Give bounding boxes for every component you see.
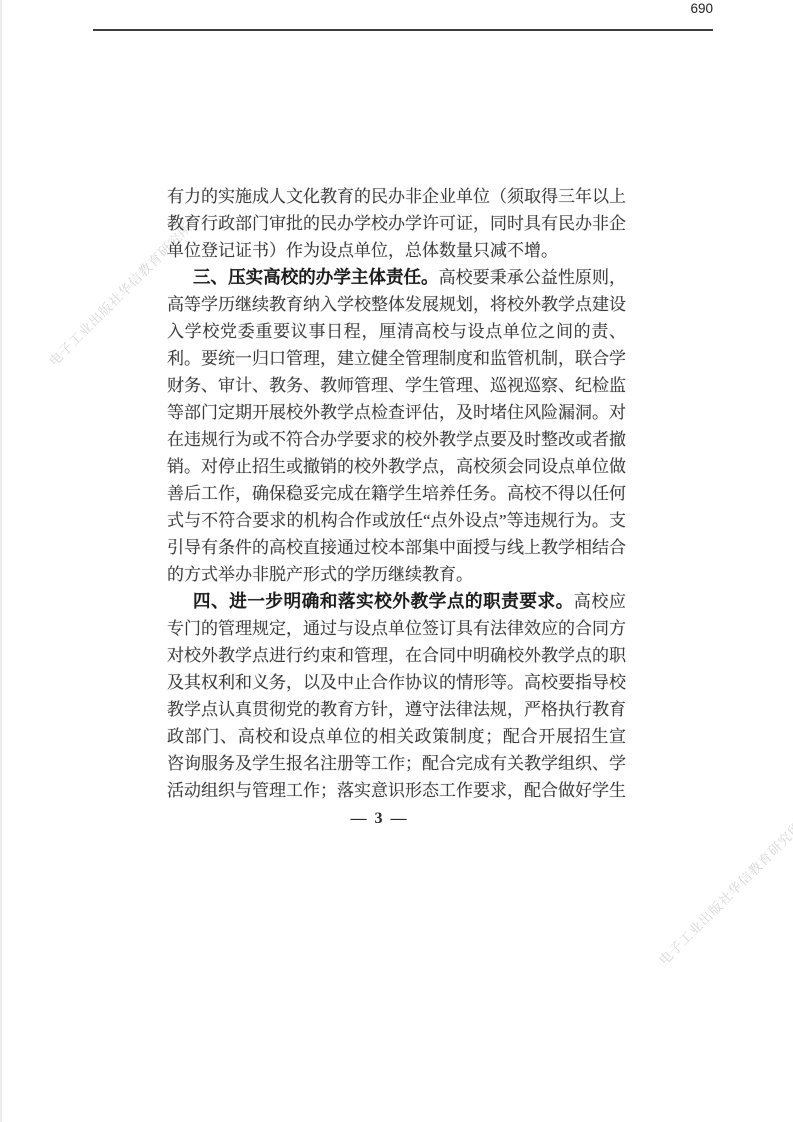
text-line: 善后工作，确保稳妥完成在籍学生培养任务。高校不得以任何形 xyxy=(167,480,626,507)
document-page: 690 电子工业出版社华信教育研究所 有力的实施成人文化教育的民办非企业单位（须… xyxy=(0,0,793,1122)
text-line: 咨询服务及学生报名注册等工作；配合完成有关教学组织、学生 xyxy=(167,750,626,777)
text-line: 教学点认真贯彻党的教育方针，遵守法律法规，严格执行教育行 xyxy=(167,696,626,723)
text-line: 活动组织与管理工作；落实意识形态工作要求，配合做好学生的 xyxy=(167,777,626,804)
document-body: 有力的实施成人文化教育的民办非企业单位（须取得三年以上经 教育行政部门审批的民办… xyxy=(167,183,626,804)
header-rule xyxy=(93,29,713,31)
text-line: 销。对停止招生或撤销的校外教学点，高校须会同设点单位做好 xyxy=(167,453,626,480)
section-heading-line: 三、压实高校的办学主体责任。高校要秉承公益性原则，将 xyxy=(167,264,626,291)
bottom-page-number: — 3 — xyxy=(150,810,609,828)
top-page-number: 690 xyxy=(630,1,713,16)
text-line: 引导有条件的高校直接通过校本部集中面授与线上教学相结合 xyxy=(167,534,626,561)
section-3-heading: 三、压实高校的办学主体责任。 xyxy=(193,267,439,287)
watermark-bottom-right: 电子工业出版社华信教育研究所 xyxy=(654,816,793,968)
text-line: 对校外教学点进行约束和管理，在合同中明确校外教学点的职责 xyxy=(167,642,626,669)
text-line: 高等学历继续教育纳入学校整体发展规划，将校外教学点建设纳 xyxy=(167,291,626,318)
text-line: 有力的实施成人文化教育的民办非企业单位（须取得三年以上经 xyxy=(167,183,626,210)
text-line: 式与不符合要求的机构合作或放任“点外设点”等违规行为。支持、 xyxy=(167,507,626,534)
text-line: 等部门定期开展校外教学点检查评估，及时堵住风险漏洞。对存 xyxy=(167,399,626,426)
text-line: 教育行政部门审批的民办学校办学许可证，同时具有民办非企业 xyxy=(167,210,626,237)
text-line: 单位登记证书）作为设点单位，总体数量只减不增。 xyxy=(167,237,626,264)
text-line: 在违规行为或不符合办学要求的校外教学点要及时整改或者撤 xyxy=(167,426,626,453)
section-4-heading: 四、进一步明确和落实校外教学点的职责要求。 xyxy=(193,591,574,611)
text-line: 及其权利和义务，以及中止合作协议的情形等。高校要指导校外 xyxy=(167,669,626,696)
scan-edge-shadow xyxy=(0,0,2,1122)
text-line: 的方式举办非脱产形式的学历继续教育。 xyxy=(167,561,626,588)
text-line: 利。要统一归口管理，建立健全管理制度和监管机制，联合学校 xyxy=(167,345,626,372)
text-line: 入学校党委重要议事日程，厘清高校与设点单位之间的责、权、 xyxy=(167,318,626,345)
text-line: 财务、审计、教务、教师管理、学生管理、巡视巡察、纪检监察 xyxy=(167,372,626,399)
text-line: 政部门、高校和设点单位的相关政策制度；配合开展招生宣传、 xyxy=(167,723,626,750)
section-heading-line: 四、进一步明确和落实校外教学点的职责要求。高校应制定 xyxy=(167,588,626,615)
text-line: 专门的管理规定，通过与设点单位签订具有法律效应的合同方式 xyxy=(167,615,626,642)
